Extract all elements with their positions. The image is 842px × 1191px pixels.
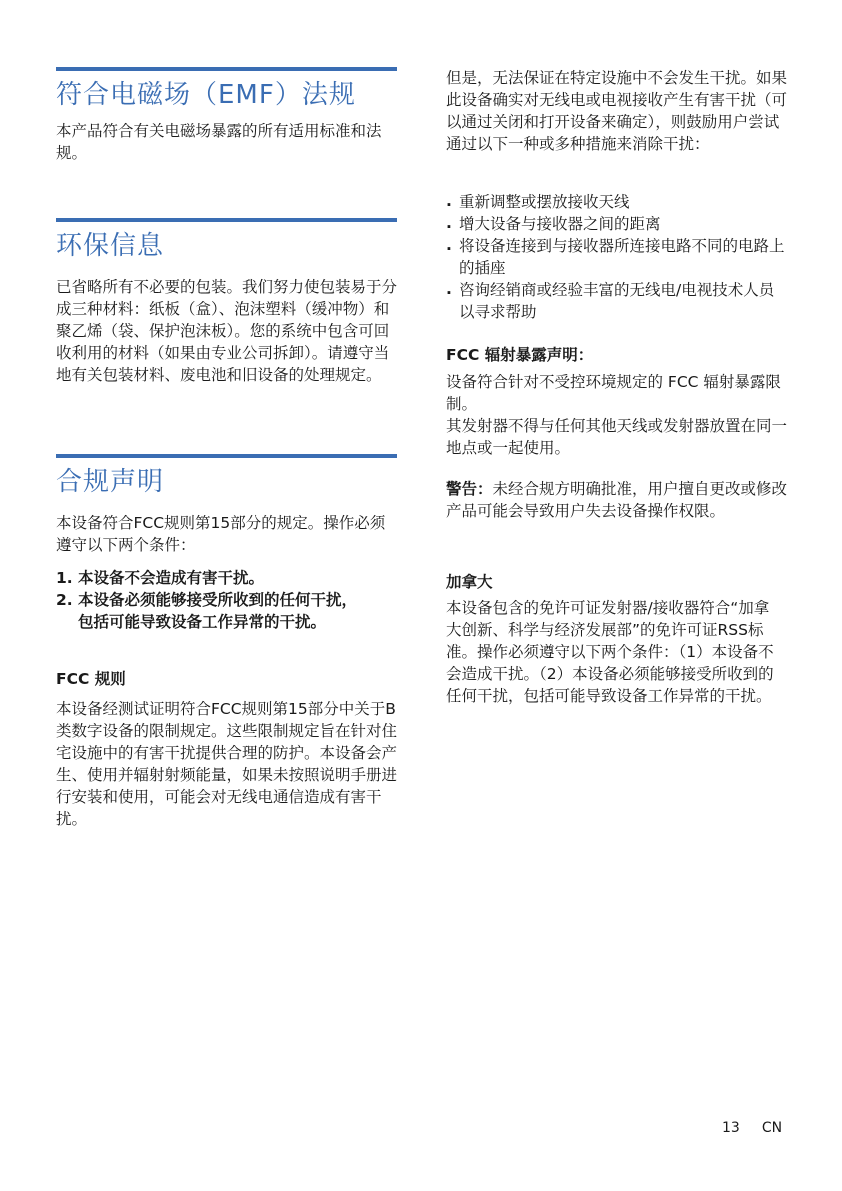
fcc-rules-heading: FCC 规则 [56,668,126,690]
page-number: 13 [722,1120,740,1136]
section-divider [56,218,397,222]
condition-text: 本设备必须能够接受所收到的任何干扰，包括可能导致设备工作异常的干扰。 [78,591,357,631]
condition-item: 2. 本设备必须能够接受所收到的任何干扰，包括可能导致设备工作异常的干扰。 [56,589,366,633]
measure-item: ·将设备连接到与接收器所连接电路不同的电路上的插座 [446,235,786,279]
measure-item: ·重新调整或摆放接收天线 [446,191,786,213]
canada-heading: 加拿大 [446,571,493,593]
interference-intro: 但是，无法保证在特定设施中不会发生干扰。如果此设备确实对无线电或电视接收产生有害… [446,67,792,155]
section-divider [56,67,397,71]
environment-body: 已省略所有不必要的包装。我们努力使包装易于分成三种材料：纸板（盒）、泡沫塑料（缓… [56,276,398,386]
measure-text: 将设备连接到与接收器所连接电路不同的电路上的插座 [459,237,785,277]
bullet-icon: · [446,282,452,304]
fcc-rules-body: 本设备经测试证明符合FCC规则第15部分中关于B类数字设备的限制规定。这些限制规… [56,698,398,830]
bullet-icon: · [446,238,452,260]
radiation-body-2: 其发射器不得与任何其他天线或发射器放置在同一地点或一起使用。 [446,415,792,459]
condition-item: 1. 本设备不会造成有害干扰。 [56,567,366,589]
compliance-intro: 本设备符合FCC规则第15部分的规定。操作必须遵守以下两个条件： [56,512,398,556]
condition-number: 1. [56,567,73,589]
measure-text: 咨询经销商或经验丰富的无线电/电视技术人员以寻求帮助 [459,281,774,321]
section-divider [56,454,397,458]
warning-label: 警告： [446,480,493,498]
environment-section-title: 环保信息 [56,225,164,262]
condition-text: 本设备不会造成有害干扰。 [78,569,264,587]
page-footer: 13CN [722,1120,782,1136]
measure-item: ·增大设备与接收器之间的距离 [446,213,786,235]
radiation-heading: FCC 辐射暴露声明： [446,344,593,366]
conditions-list: 1. 本设备不会造成有害干扰。 2. 本设备必须能够接受所收到的任何干扰，包括可… [56,567,366,633]
condition-number: 2. [56,589,73,611]
measures-list: ·重新调整或摆放接收天线 ·增大设备与接收器之间的距离 ·将设备连接到与接收器所… [446,191,786,323]
radiation-body-1: 设备符合针对不受控环境规定的 FCC 辐射暴露限制。 [446,371,792,415]
canada-body: 本设备包含的免许可证发射器/接收器符合“加拿大创新、科学与经济发展部”的免许可证… [446,597,782,707]
warning-text: 未经合规方明确批准，用户擅自更改或修改产品可能会导致用户失去设备操作权限。 [446,480,787,520]
warning-paragraph: 警告：未经合规方明确批准，用户擅自更改或修改产品可能会导致用户失去设备操作权限。 [446,478,792,522]
language-code: CN [762,1120,782,1136]
emf-body: 本产品符合有关电磁场暴露的所有适用标准和法规。 [56,120,398,164]
measure-text: 重新调整或摆放接收天线 [459,193,630,211]
measure-text: 增大设备与接收器之间的距离 [459,215,661,233]
emf-section-title: 符合电磁场（EMF）法规 [56,74,356,111]
measure-item: ·咨询经销商或经验丰富的无线电/电视技术人员以寻求帮助 [446,279,786,323]
compliance-section-title: 合规声明 [56,461,164,498]
